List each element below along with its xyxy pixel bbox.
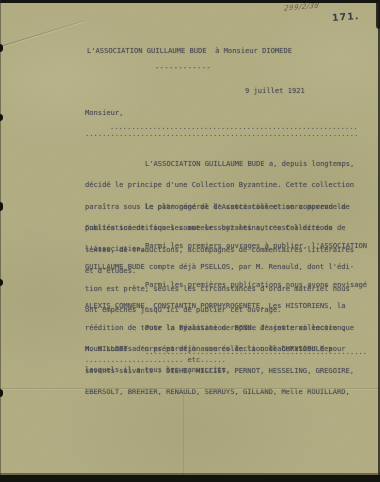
paragraph-line: Le plan général de cette collection comp… <box>85 203 354 210</box>
folio-number-annotation: 171. <box>332 11 360 24</box>
scan-edge-blob <box>0 44 3 52</box>
archive-ref-annotation: 299/2/38 <box>284 1 320 12</box>
paragraph-line: Parmi les premiers ouvrages à publier, l… <box>85 242 367 249</box>
scan-edge-blob <box>0 202 3 211</box>
scan-edge-top <box>0 0 380 3</box>
paragraph-line: Parmi les premières publications nous av… <box>85 281 367 288</box>
paragraph-line: EBERSOLT, BREHIER, RENAULD, SERRUYS, GIL… <box>85 388 354 395</box>
paragraph-line: Pour la réalisation rapide de cette coll… <box>85 324 354 331</box>
letter-heading: L'ASSOCIATION GUILLAUME BUDE à Monsieur … <box>87 47 292 54</box>
scanned-letter: 299/2/38 171. L'ASSOCIATION GUILLAUME BU… <box>0 0 380 482</box>
scan-edge-left <box>0 0 1 482</box>
redaction-dots: ........................................… <box>85 130 358 137</box>
paragraph-line: ALEXIS COMNENE, CONSTANTIN PORPHYROGENET… <box>85 302 367 309</box>
paragraph-line: savants suivants : DIEHL, MILLIET, PERNO… <box>85 367 354 374</box>
scan-edge-blob <box>0 279 3 286</box>
scan-edge-nick <box>376 3 380 29</box>
heading-rule: ------------ <box>155 64 211 71</box>
paragraph-line: L'ASSOCIATION GUILLAUME BUDE a, depuis l… <box>85 160 354 167</box>
crease-vertical <box>183 394 184 482</box>
letter-date: 9 juillet 1921 <box>245 87 305 94</box>
crease-diagonal <box>0 20 85 49</box>
closing-etc: ....................... etc...... <box>85 356 226 363</box>
salutation: Monsieur, <box>85 109 123 116</box>
scan-edge-bottom <box>0 475 380 482</box>
scan-edge-blob <box>0 389 3 397</box>
crease-horizontal <box>0 388 380 389</box>
paragraph-line: décidé le principe d'une Collection Byza… <box>85 181 354 188</box>
scan-edge-blob <box>0 114 3 121</box>
